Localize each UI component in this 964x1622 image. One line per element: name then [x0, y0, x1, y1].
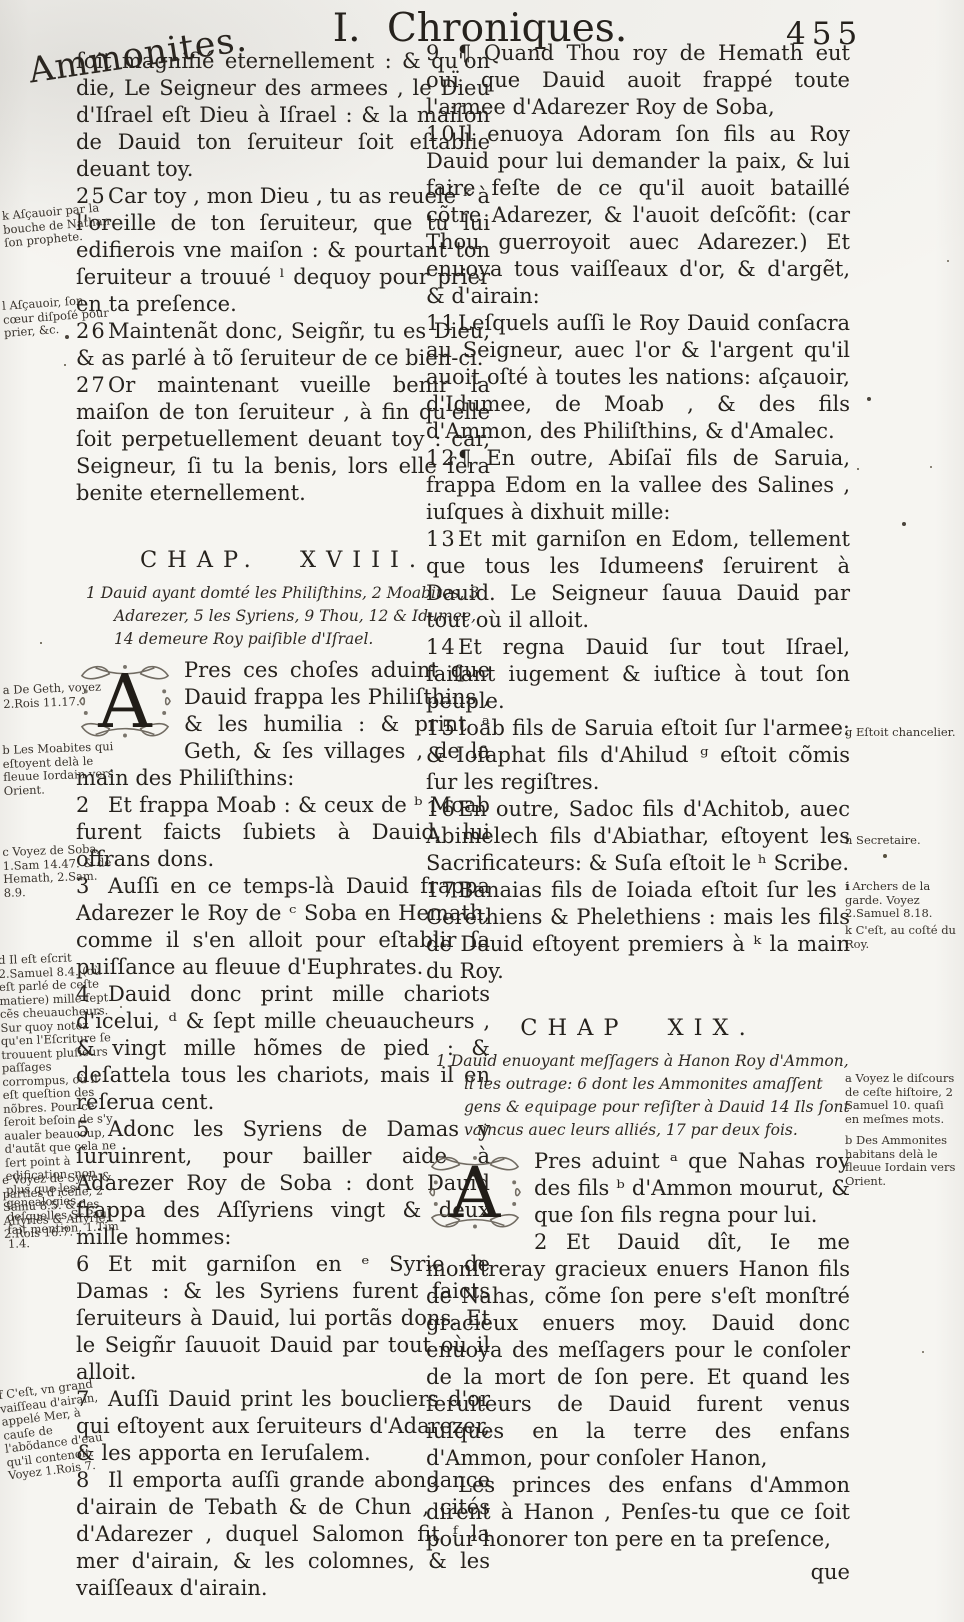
- margin-note-i: i Archers de la garde. Voyez 2.Samuel 8.…: [845, 880, 961, 921]
- verse-number: 15: [426, 715, 458, 742]
- verse-number: 7: [76, 1386, 108, 1413]
- verse-3-chap19: 3Les princes des enfans d'Ammon dirent à…: [426, 1472, 850, 1553]
- verse-16: 16En outre, Sadoc fils d'Achitob, auec A…: [426, 796, 850, 877]
- verse-2-chap19: 2Et Dauid dît, Ie me monſtreray gracieux…: [426, 1229, 850, 1472]
- margin-note-k2: k C'eſt, au coſté du Roy.: [845, 924, 961, 951]
- verse-text: Les princes des enfans d'Ammon dirent à …: [426, 1473, 850, 1551]
- verse-number: 10: [426, 121, 458, 148]
- verse-text: Ioab fils de Saruia eſtoit ſur l'armee: …: [426, 716, 850, 794]
- verse-10: 10Il enuoya Adoram ſon fils au Roy Dauid…: [426, 121, 850, 310]
- margin-note-b2: b Des Ammonites habitans delà le fleuue …: [845, 1134, 961, 1188]
- verse-text: Et mit garniſon en Edom, tellement que t…: [426, 527, 850, 632]
- catchword: que: [426, 1559, 850, 1586]
- verse-text: Il enuoya Adoram ſon fils au Roy Dauid p…: [426, 122, 850, 308]
- verse-number: 9: [426, 40, 458, 67]
- decorated-initial: A: [426, 1153, 524, 1232]
- verse-number: 13: [426, 526, 458, 553]
- verse-text: Et Dauid dît, Ie me monſtreray gracieux …: [426, 1230, 850, 1470]
- verse-text: Et regna Dauid ſur tout Iſrael, faiſant …: [426, 635, 850, 713]
- margin-note-g: g Eſtoit chancelier.: [845, 726, 961, 740]
- verse-number: 17: [426, 877, 458, 904]
- verse-text: En outre, Sadoc fils d'Achitob, auec Abi…: [426, 797, 850, 875]
- verse-number: 6: [76, 1251, 108, 1278]
- right-text-column: 9¶ Quand Thou roy de Hemath eut ouï que …: [426, 40, 850, 1586]
- decorated-initial: A: [76, 662, 174, 741]
- verse-text: Pres aduint ᵃ que Nahas roy des fils ᵇ d…: [534, 1149, 850, 1227]
- verse-9: 9¶ Quand Thou roy de Hemath eut ouï que …: [426, 40, 850, 121]
- dropcap-letter: A: [426, 1153, 524, 1232]
- verse-number: 2: [76, 792, 108, 819]
- verse-text: Leſquels auſſi le Roy Dauid conſacra au …: [426, 311, 850, 443]
- verse-12: 12¶ En outre, Abiſaï fils de Saruia, fra…: [426, 445, 850, 526]
- verse-number: 2: [534, 1229, 566, 1256]
- margin-note-a2: a Voyez le diſcours de ceſte hiſtoire, 2…: [845, 1072, 961, 1126]
- verse-number: 16: [426, 796, 458, 823]
- verse-number: 3: [426, 1472, 458, 1499]
- verse-number: 8: [76, 1467, 108, 1494]
- verse-number: 14: [426, 634, 458, 661]
- verse-text: ¶ En outre, Abiſaï fils de Saruia, frapp…: [426, 446, 850, 524]
- verse-number: 26: [76, 318, 108, 345]
- verse-13: 13Et mit garniſon en Edom, tellement que…: [426, 526, 850, 634]
- chapter-19-heading: CHAP XIX.: [426, 1015, 850, 1042]
- verse-number: 4: [76, 981, 108, 1008]
- verse-text: Banaias fils de Ioiada eſtoit ſur les ⁱ …: [426, 878, 850, 983]
- verse-text: ¶ Quand Thou roy de Hemath eut ouï que D…: [426, 41, 850, 119]
- verse-number: 3: [76, 873, 108, 900]
- verse-14: 14Et regna Dauid ſur tout Iſrael, faiſan…: [426, 634, 850, 715]
- verse-number: 25: [76, 183, 108, 210]
- verse-15: 15Ioab fils de Saruia eſtoit ſur l'armee…: [426, 715, 850, 796]
- verse-number: 5: [76, 1116, 108, 1143]
- verse-number: 12: [426, 445, 458, 472]
- verse-11: 11Leſquels auſſi le Roy Dauid conſacra a…: [426, 310, 850, 445]
- scanned-book-page: Ammonites. I. Chroniques. 455 k Aſçauoir…: [0, 0, 964, 1622]
- verse-1-chap19: APres aduint ᵃ que Nahas roy des fils ᵇ …: [426, 1148, 850, 1229]
- chapter-19-argument: 1 Dauid enuoyant meſſagers à Hanon Roy d…: [436, 1050, 850, 1142]
- verse-number: 27: [76, 372, 108, 399]
- verse-number: 11: [426, 310, 458, 337]
- dropcap-letter: A: [76, 662, 174, 741]
- scan-specks: [0, 0, 2, 2]
- verse-17: 17Banaias fils de Ioiada eſtoit ſur les …: [426, 877, 850, 985]
- margin-note-h: h Secretaire.: [845, 834, 961, 848]
